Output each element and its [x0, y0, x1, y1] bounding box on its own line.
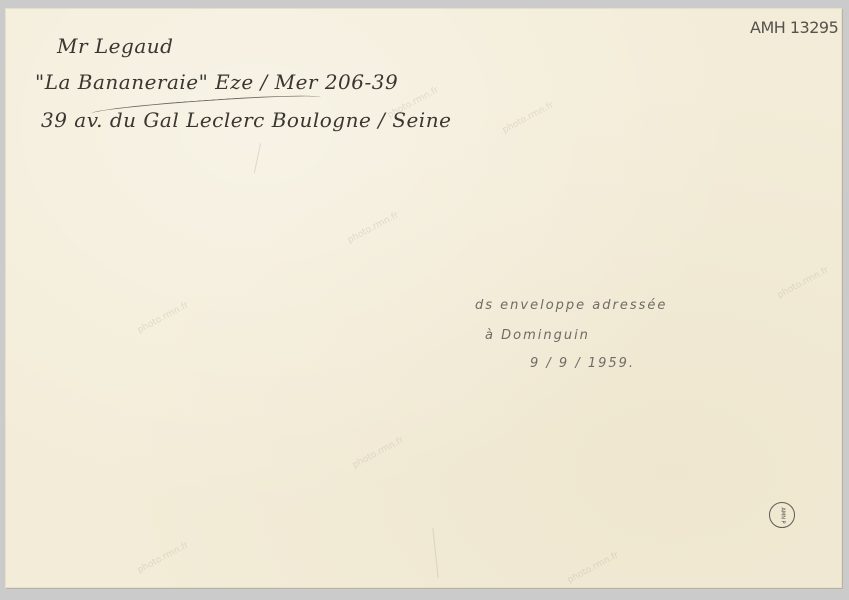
watermark: photo.rmn.fr	[136, 540, 190, 575]
address-line-villa: "La Bananeraie" Eze / Mer 206-39	[35, 70, 398, 94]
note-line-envelope: ds enveloppe adressée	[475, 298, 667, 313]
addressee-name: Mr Legaud	[57, 34, 173, 58]
photo-verso-paper: Mr Legaud "La Bananeraie" Eze / Mer 206-…	[5, 8, 842, 588]
inventory-reference: AMH 13295	[750, 18, 838, 37]
watermark: photo.rmn.fr	[351, 435, 405, 470]
watermark: photo.rmn.fr	[136, 300, 190, 335]
note-line-recipient: à Dominguin	[485, 328, 590, 343]
stamp-text: AMN P	[780, 506, 785, 524]
note-line-date: 9 / 9 / 1959.	[530, 356, 635, 371]
watermark: photo.rmn.fr	[346, 210, 400, 245]
watermark: photo.rmn.fr	[776, 265, 830, 300]
watermark: photo.rmn.fr	[566, 550, 620, 585]
paper-crease	[254, 143, 261, 173]
collection-stamp-icon: AMN P	[769, 502, 795, 528]
watermark: photo.rmn.fr	[501, 100, 555, 135]
paper-crease	[432, 528, 438, 578]
